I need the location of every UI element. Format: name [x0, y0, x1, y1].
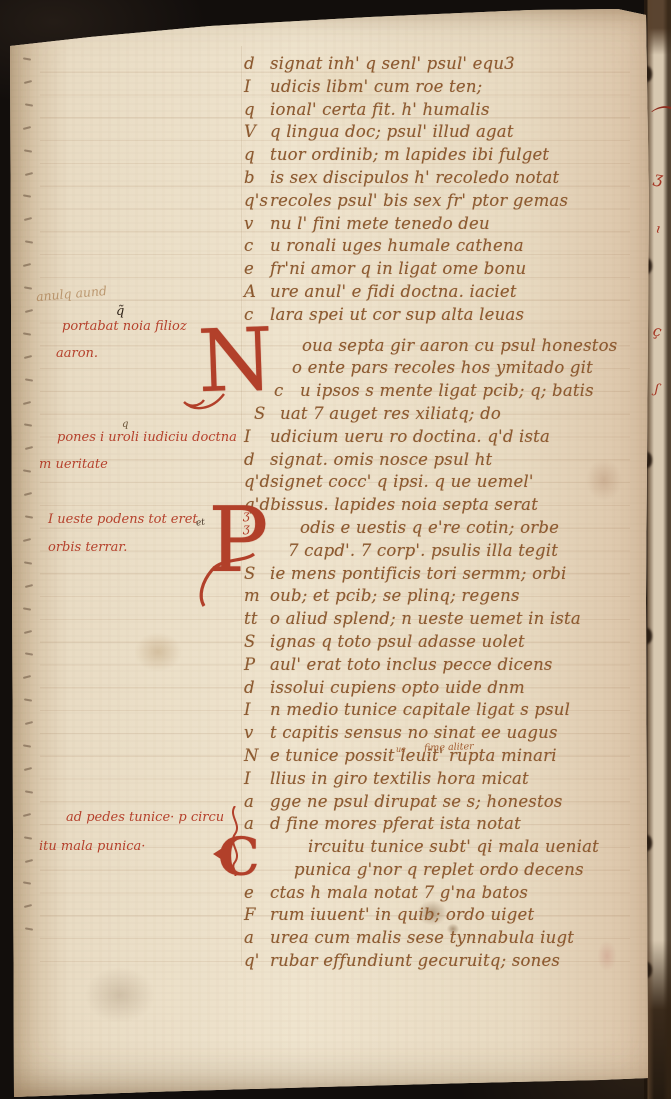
- verse-text: ctas h mala notat 7 g'na batos: [270, 883, 528, 902]
- pricking-mark: [24, 904, 32, 908]
- verse-initial-letter: e: [244, 258, 270, 281]
- verse-text: ure anul' e fidi doctna. iaciet: [270, 282, 517, 301]
- verse-text: signat. omis nosce psul ht: [270, 450, 492, 469]
- pricking-mark: [25, 653, 33, 656]
- verse-line: ad fine mores pferat ista notat: [244, 813, 654, 836]
- verse-initial-letter: S: [244, 631, 270, 654]
- pricking-mark: [23, 813, 31, 817]
- verse-text: u ipsos s mente ligat pcib; q; batis: [300, 381, 594, 400]
- verse-line: odis e uestis q e're cotin; orbe: [244, 517, 654, 540]
- verse-text: punica g'nor q replet ordo decens: [294, 860, 584, 879]
- verse-line: ectas h mala notat 7 g'na batos: [244, 882, 654, 905]
- verse-text: nu l' fini mete tenedo deu: [270, 214, 490, 233]
- pricking-mark: [25, 928, 33, 931]
- verse-text: o ente pars recoles hos ymitado git: [292, 358, 593, 377]
- verse-initial-letter: d: [244, 677, 270, 700]
- verse-line: 7 capd'. 7 corp'. psulis illa tegit: [244, 540, 654, 563]
- verse-text: odis e uestis q e're cotin; orbe: [300, 518, 559, 537]
- initial-P-inner-squiggle: ʒ: [243, 521, 250, 535]
- verse-text: t capitis sensus no sinat ee uagus: [270, 723, 558, 742]
- fore-edge-red-mark: ç: [652, 321, 663, 340]
- fore-edge-red-mark: ʃ: [654, 382, 660, 397]
- verse-text: ional' certa fit. h' humalis: [270, 100, 490, 119]
- pricking-mark: [24, 286, 32, 289]
- verse-text: udicium ueru ro doctina. q'd ista: [270, 427, 550, 446]
- manuscript-photo: { "document": { "kind": "medieval manusc…: [0, 0, 671, 1099]
- verse-initial-letter: N: [244, 745, 270, 768]
- verse-text: udicis libm' cum roe ten;: [270, 77, 482, 96]
- initial-P-tail: [194, 552, 256, 608]
- pricking-mark: [23, 401, 31, 405]
- pricking-mark: [24, 492, 32, 496]
- verse-text: lara spei ut cor sup alta leuas: [270, 305, 524, 324]
- verse-text: signet cocc' q ipsi. q ue uemel': [270, 472, 533, 491]
- verse-text: 7 capd'. 7 corp'. psulis illa tegit: [288, 541, 558, 560]
- pricking-mark: [25, 584, 33, 588]
- verse-initial-letter: b: [244, 167, 270, 190]
- pricking-mark: [24, 630, 32, 634]
- verse-line: Vq lingua doc; psul' illud agat: [244, 121, 654, 144]
- margin-note-portabat: portabat noia filioz: [62, 320, 187, 333]
- pricking-mark: [24, 836, 32, 839]
- verse-text: ircuitu tunice subt' qi mala ueniat: [308, 837, 599, 856]
- initial-N-flourish: [182, 390, 226, 412]
- verse-initial-letter: F: [244, 904, 270, 927]
- verse-line: q'rubar effundiunt gecuruitq; sones: [244, 950, 654, 973]
- verse-initial-letter: I: [244, 426, 270, 449]
- verse-line: q'dbissus. lapides noia septa serat: [244, 494, 654, 517]
- verse-text: tuor ordinib; m lapides ibi fulget: [270, 145, 549, 164]
- margin-note-portabat: aaron.: [56, 347, 98, 360]
- pricking-mark: [24, 149, 32, 152]
- verse-initial-letter: V: [244, 121, 270, 144]
- verse-initial-letter: q's: [244, 190, 270, 213]
- margin-note-adpedes: ad pedes tunice· p circu: [66, 811, 224, 824]
- pricking-mark: [23, 538, 31, 542]
- verse-text: gge ne psul dirupat se s; honestos: [270, 792, 563, 811]
- margin-note-pones: pones i uroli iudiciu doctna: [57, 431, 237, 444]
- fore-edge-red-mark: ɩ: [655, 222, 663, 238]
- interlinear-gloss: ue: [396, 745, 406, 754]
- verse-line: aurea cum malis sese tynnabula iugt: [244, 927, 654, 950]
- verse-initial-letter: v: [244, 722, 270, 745]
- verse-text: rubar effundiunt gecuruitq; sones: [270, 951, 560, 970]
- pricking-mark: [24, 355, 32, 359]
- pricking-mark: [23, 744, 31, 747]
- verse-line: qtuor ordinib; m lapides ibi fulget: [244, 144, 654, 167]
- verse-initial-letter: tt: [244, 608, 270, 631]
- verse-initial-letter: I: [244, 768, 270, 791]
- pricking-mark: [25, 721, 33, 725]
- pricking-mark: [23, 332, 31, 335]
- verse-text: signat inh' q senl' psul' equ3: [270, 54, 515, 73]
- verse-initial-letter: d: [244, 53, 270, 76]
- verse-initial-letter: d: [244, 449, 270, 472]
- verse-initial-letter: c: [274, 380, 300, 403]
- margin-note-faint: anulq aund: [36, 285, 108, 304]
- verse-text: oub; et pcib; se plinq; regens: [270, 586, 520, 605]
- paragraph-mark: q: [122, 419, 128, 430]
- pricking-mark: [23, 607, 31, 610]
- verse-line: Signas q toto psul adasse uolet: [244, 631, 654, 654]
- verse-text: issolui cupiens opto uide dnm: [270, 678, 525, 697]
- verse-line: clara spei ut cor sup alta leuas: [244, 304, 654, 327]
- verse-text: ie mens pontificis tori sermm; orbi: [270, 564, 567, 583]
- verse-text: o aliud splend; n ueste uemet in ista: [270, 609, 581, 628]
- verse-line: dsignat. omis nosce psul ht: [244, 449, 654, 472]
- initial-P-inner-squiggle: ʒ: [243, 508, 250, 522]
- verse-text: e tunice possit leuit' rupta minari: [270, 746, 557, 765]
- pricking-mark: [23, 126, 31, 130]
- interlinear-gloss: fime aliter: [424, 741, 474, 754]
- verse-initial-letter: q': [244, 950, 270, 973]
- verse-line: In medio tunice capitale ligat s psul: [244, 699, 654, 722]
- pricking-mark: [25, 378, 33, 381]
- verse-line: cu ronali uges humale cathena: [244, 235, 654, 258]
- verse-text: recoles psul' bis sex fr' ptor gemas: [270, 191, 568, 210]
- verse-line: agge ne psul dirupat se s; honestos: [244, 791, 654, 814]
- pricking-mark: [24, 424, 32, 427]
- verse-text: fr'ni amor q in ligat ome bonu: [270, 259, 526, 278]
- verse-line: Frum iuuent' in quib; ordo uiget: [244, 904, 654, 927]
- verse-line: tto aliud splend; n ueste uemet in ista: [244, 608, 654, 631]
- paragraph-mark: q̃: [116, 304, 124, 319]
- pricking-mark: [24, 80, 32, 84]
- verse-initial-letter: q: [244, 99, 270, 122]
- verse-text: q lingua doc; psul' illud agat: [270, 122, 514, 141]
- verse-text: urea cum malis sese tynnabula iugt: [270, 928, 574, 947]
- pricking-mark: [23, 882, 31, 885]
- pricking-mark: [25, 241, 33, 244]
- fore-edge-red-mark: ʒ: [652, 167, 664, 187]
- verse-line: q'srecoles psul' bis sex fr' ptor gemas: [244, 190, 654, 213]
- verse-text: is sex discipulos h' recoledo notat: [270, 168, 559, 187]
- verse-line: dsignat inh' q senl' psul' equ3: [244, 53, 654, 76]
- verse-initial-letter: I: [244, 699, 270, 722]
- verse-line: Suat 7 auget res xiliatq; do: [244, 403, 654, 426]
- verse-text: uat 7 auget res xiliatq; do: [280, 404, 501, 423]
- verse-line: dissolui cupiens opto uide dnm: [244, 677, 654, 700]
- verse-line: ircuitu tunice subt' qi mala ueniat: [244, 836, 654, 859]
- pricking-mark: [23, 470, 31, 473]
- verse-line: q'dsignet cocc' q ipsi. q ue uemel': [244, 471, 654, 494]
- verse-line: Sie mens pontificis tori sermm; orbi: [244, 563, 654, 586]
- pricking-mark: [24, 699, 32, 702]
- verse-text: oua septa gir aaron cu psul honestos: [302, 336, 617, 355]
- margin-note-pones: m ueritate: [39, 458, 108, 471]
- pricking-mark: [24, 561, 32, 564]
- verse-line: cu ipsos s mente ligat pcib; q; batis: [244, 380, 654, 403]
- verse-text: u ronali uges humale cathena: [270, 236, 524, 255]
- verse-initial-letter: A: [244, 281, 270, 304]
- verse-column: dsignat inh' q senl' psul' equ3Iudicis l…: [244, 53, 654, 973]
- verse-initial-letter: a: [244, 791, 270, 814]
- verse-line: o ente pars recoles hos ymitado git: [244, 357, 654, 380]
- pricking-mark: [25, 790, 33, 793]
- verse-line: qional' certa fit. h' humalis: [244, 99, 654, 122]
- verse-line: Illius in giro textilis hora micat: [244, 768, 654, 791]
- verse-text: aul' erat toto inclus pecce dicens: [270, 655, 553, 674]
- verse-line: punica g'nor q replet ordo decens: [244, 859, 654, 882]
- margin-note-ueste: orbis terrar.: [48, 541, 127, 554]
- verse-line: Aure anul' e fidi doctna. iaciet: [244, 281, 654, 304]
- pricking-mark: [24, 217, 32, 221]
- pricking-mark: [23, 675, 31, 679]
- verse-line: bis sex discipulos h' recoledo notat: [244, 167, 654, 190]
- verse-initial-letter: c: [244, 235, 270, 258]
- pricking-mark: [23, 195, 31, 198]
- verse-initial-letter: v: [244, 213, 270, 236]
- verse-initial-letter: q: [244, 144, 270, 167]
- verse-line: Iudicis libm' cum roe ten;: [244, 76, 654, 99]
- pricking-mark: [25, 172, 33, 176]
- verse-line: moub; et pcib; se plinq; regens: [244, 585, 654, 608]
- pricking-mark: [25, 103, 33, 106]
- initial-C-blob: [213, 845, 227, 863]
- verse-line: efr'ni amor q in ligat ome bonu: [244, 258, 654, 281]
- verse-text: ignas q toto psul adasse uolet: [270, 632, 525, 651]
- pricking-mark: [23, 57, 31, 60]
- pricking-mark: [24, 767, 32, 771]
- pricking-mark: [25, 309, 33, 313]
- pricking-mark: [25, 859, 33, 863]
- verse-text: d fine mores pferat ista notat: [270, 814, 521, 833]
- pricking-mark: [25, 446, 33, 450]
- verse-text: llius in giro textilis hora micat: [270, 769, 529, 788]
- manuscript-page: dsignat inh' q senl' psul' equ3Iudicis l…: [0, 0, 671, 1099]
- verse-text: bissus. lapides noia septa serat: [270, 495, 538, 514]
- verse-initial-letter: I: [244, 76, 270, 99]
- verse-initial-letter: P: [244, 654, 270, 677]
- pricking-mark: [23, 263, 31, 267]
- verse-text: n medio tunice capitale ligat s psul: [270, 700, 570, 719]
- fore-edge-red-mark: ︵: [649, 76, 671, 125]
- verse-text: rum iuuent' in quib; ordo uiget: [270, 905, 534, 924]
- verse-line: Paul' erat toto inclus pecce dicens: [244, 654, 654, 677]
- verse-line: Iudicium ueru ro doctina. q'd ista: [244, 426, 654, 449]
- initial-C-flourish: [228, 806, 242, 876]
- pricking-mark: [25, 515, 33, 518]
- margin-note-adpedes: itu mala punica·: [39, 840, 145, 853]
- verse-line: oua septa gir aaron cu psul honestos: [244, 335, 654, 358]
- margin-note-ueste: I ueste podens tot eret: [48, 513, 198, 526]
- verse-line: vnu l' fini mete tenedo deu: [244, 213, 654, 236]
- verse-initial-letter: a: [244, 927, 270, 950]
